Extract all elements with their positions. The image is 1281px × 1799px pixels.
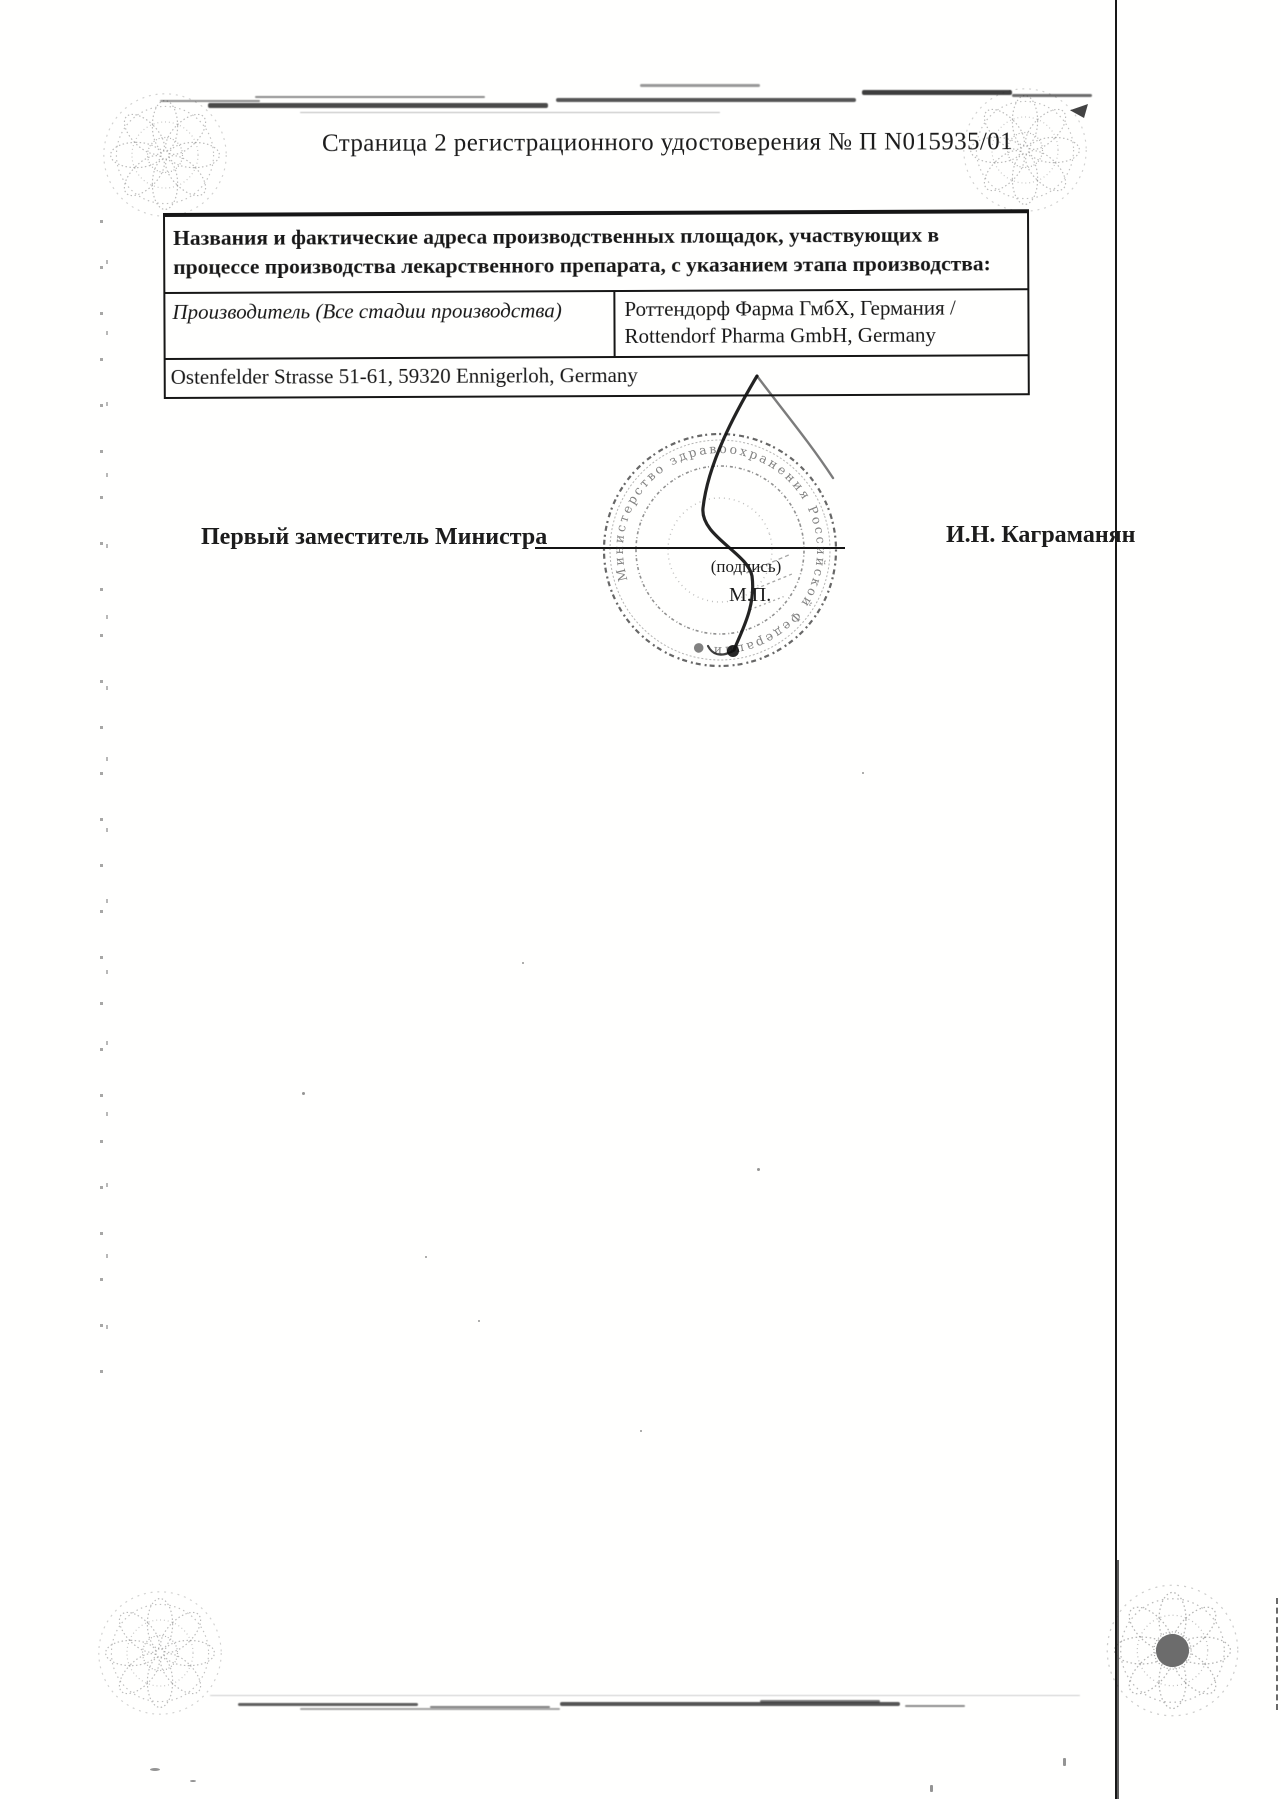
scan-smudge (760, 1700, 880, 1703)
scan-smudge (862, 90, 1012, 95)
scan-smudge (210, 1695, 1080, 1696)
scan-smudge (1012, 94, 1092, 97)
scan-vertical-line (1115, 0, 1117, 1799)
scan-speck (1063, 1758, 1066, 1766)
signatory-name: И.Н. Каграманян (946, 522, 1136, 549)
scan-smudge (905, 1705, 965, 1707)
table-title: Названия и фактические адреса производст… (165, 213, 1027, 294)
scan-speck (478, 1320, 480, 1322)
scan-smudge (556, 98, 856, 102)
page-header: Страница 2 регистрационного удостоверени… (322, 128, 1013, 158)
scan-right-edge-dashes (1276, 1598, 1278, 1710)
scan-speck (150, 1768, 160, 1771)
scan-smudge (640, 84, 760, 87)
signature-caption: (подпись) (690, 557, 802, 577)
scan-speck (522, 962, 524, 964)
table-row: Производитель (Все стадии производства) … (165, 290, 1027, 360)
scan-speck (757, 1168, 760, 1171)
guilloche-rosette-bottom-right-icon (1100, 1578, 1245, 1723)
scanned-document-page: Страница 2 регистрационного удостоверени… (0, 0, 1281, 1799)
scan-speck (640, 1430, 642, 1432)
scan-smudge (238, 1703, 418, 1706)
scan-speck (930, 1785, 933, 1792)
scan-smudge (160, 100, 260, 102)
scan-speck (190, 1780, 196, 1782)
scan-left-margin-dots (100, 220, 103, 1380)
scan-smudge (208, 103, 548, 108)
signatory-title: Первый заместитель Министра (201, 524, 547, 551)
producer-role-cell: Производитель (Все стадии производства) (165, 292, 615, 358)
scan-speck (862, 772, 864, 774)
producer-name-ru: Роттендорф Фарма ГмбХ, Германия / (624, 294, 1021, 323)
punch-hole-dot (1156, 1634, 1189, 1667)
seal-abbreviation: М.П. (729, 584, 771, 607)
scan-smudge (255, 96, 485, 98)
scan-speck (302, 1092, 305, 1095)
producer-name-en: Rottendorf Pharma GmbH, Germany (624, 321, 1021, 350)
guilloche-rosette-bottom-left-icon (92, 1585, 228, 1721)
scan-speck (425, 1256, 427, 1258)
producer-name-cell: Роттендорф Фарма ГмбХ, Германия / Rotten… (615, 290, 1027, 356)
scan-smudge (300, 1708, 560, 1710)
scan-smudge (300, 112, 720, 113)
scan-left-margin-dots (106, 260, 108, 1360)
official-round-stamp: Министерство здравоохранения Российской … (570, 358, 882, 694)
scan-vertical-line-segment (1117, 1560, 1119, 1799)
